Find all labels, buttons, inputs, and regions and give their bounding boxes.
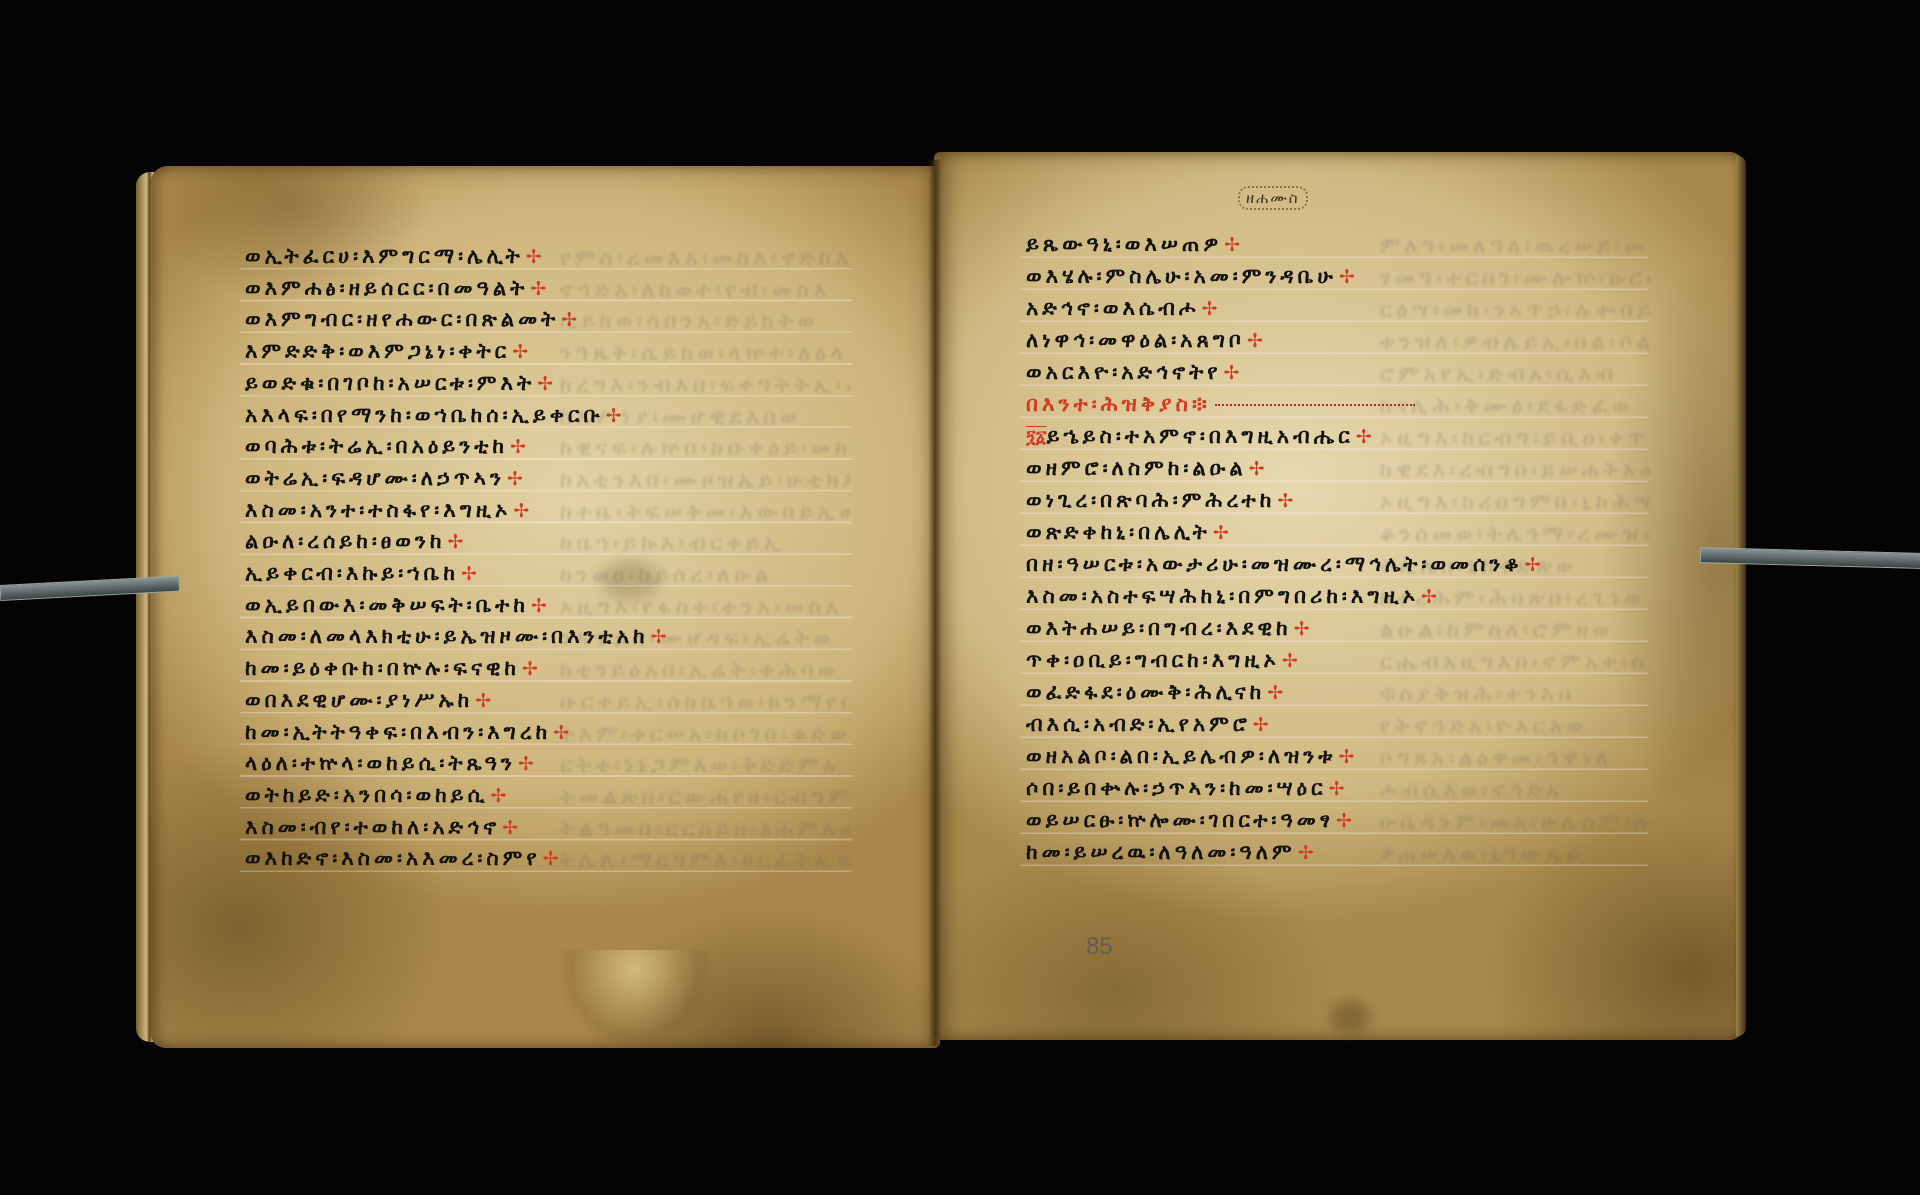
line-text: ብእሲ፡አብድ፡ኢየአምሮ <box>1026 712 1251 736</box>
verse-cross-icon: ✢ <box>1267 682 1283 704</box>
bleedthrough-text: ኖኅድአ፡ለከወተ፡የብ፡መስእ <box>560 278 850 303</box>
right-text-line: ወእሄሉ፡ምስሌሁ፡አመ፡ምንዳቤሁ✢ <box>1026 266 1355 287</box>
line-text: ጥቀ፡ዐቢይ፡ግብርከ፡እግዚኦ <box>1026 648 1280 672</box>
right-text-line: ከመ፡ይሠረዉ፡ለዓለመ፡ዓለም✢ <box>1026 842 1314 863</box>
verse-cross-icon: ✢ <box>1253 714 1269 736</box>
manuscript-photo: የምስ፡ረመእአ፡መስእ፡ኖድከእወኖኅድአ፡ለከወተ፡የብ፡መስእሲይከወ፡ሳ… <box>0 0 1920 1195</box>
left-text-line: ወእከድኖ፡እስመ፡አእመረ፡ስምየ✢ <box>245 848 559 869</box>
bleedthrough-text: ልዑል፡ከምስለ፡ሮምዘወ <box>1380 618 1650 643</box>
right-text-line: ወአርእዮ፡አድኅኖትየ✢ <box>1026 362 1239 383</box>
left-text-line: ወትሬኢ፡ፍዳሆሙ፡ለኃጥኣን✢ <box>245 468 523 489</box>
verse-cross-icon: ✢ <box>1356 426 1372 448</box>
verse-cross-icon: ✢ <box>1277 490 1293 512</box>
verse-cross-icon: ✢ <box>1294 618 1310 640</box>
right-text-line: ወዘምሮ፡ለስምከ፡ልዑል✢ <box>1026 458 1265 479</box>
verse-cross-icon: ✢ <box>510 436 526 458</box>
book-gutter <box>928 160 942 1046</box>
line-text: ወነጊረ፡በጽባሕ፡ምሕረተከ <box>1026 488 1275 512</box>
line-text: አእላፍ፡በየማንከ፡ወኀቤከሰ፡ኢይቀርቡ <box>245 403 604 427</box>
verse-cross-icon: ✢ <box>1224 234 1240 256</box>
verse-cross-icon: ✢ <box>526 246 542 268</box>
bleedthrough-text: ርሔብአዚግእበ፡ኖምአተ፡ስይኄይ <box>1380 650 1650 675</box>
bleedthrough-text: ቆንሰመወ፡ትሌኅማ፡ረሙዝመ፡ሁሪታውአ፡ቱርሠዓ፡ዘበ <box>1380 522 1650 547</box>
right-text-line: ሶበ፡ይበቍሉ፡ኃጥኣን፡ከመ፡ሣዕር✢ <box>1026 778 1345 799</box>
dotted-filler <box>1215 404 1415 406</box>
line-text: ይጼውዓኒ፡ወእሠጠዎ <box>1026 232 1222 256</box>
rubric-title-line: በእንተ፡ሕዝቅያስ፨ <box>1026 394 1415 415</box>
line-text: ወዘአልቦ፡ልበ፡ኢይሌብዎ፡ለዝንቱ <box>1026 744 1336 768</box>
left-text-line: እስመ፡ለመላእክቲሁ፡ይኤዝዞሙ፡በእንቲአከ✢ <box>245 626 667 647</box>
bleedthrough-text: ከተቤ፡ትፍሠቅመ፡እውበይኢወ <box>560 500 850 525</box>
bleedthrough-text: ቦግጸአ፡ልዕዋመ፡ኅዋነለ <box>1380 746 1650 771</box>
left-text-line: ከመ፡ኢትትዓቀፍ፡በእብን፡እግረከ✢ <box>245 722 569 743</box>
verse-cross-icon: ✢ <box>518 753 534 775</box>
left-text-line: አእላፍ፡በየማንከ፡ወኀቤከሰ፡ኢይቀርቡ✢ <box>245 405 622 426</box>
right-text-line: ብእሲ፡አብድ፡ኢየአምሮ✢ <box>1026 714 1269 735</box>
bleedthrough-text: ኦዚግእ፡ከሪበግምበ፡ኒከሕሣፍተስአ፡መስእ <box>1380 490 1650 515</box>
bleedthrough-text: ትልዓመበ፡ርርሰይዘ፡ፅሐምእወ <box>560 817 850 842</box>
line-text: ከመ፡ኢትትዓቀፍ፡በእብን፡እግረከ <box>245 720 551 744</box>
bleedthrough-text: ፨ስያቅዝሕ፡ተንእበ <box>1380 682 1650 707</box>
line-text: ይኄይስ፡ተአምኖ፡በእግዚአብሔር <box>1047 424 1354 448</box>
right-text-line: አድኅኖ፡ወእሴብሖ✢ <box>1026 298 1217 319</box>
right-text-line: ለነዋኅ፡መዋዕል፡አጸግቦ✢ <box>1026 330 1263 351</box>
line-text: ወኢትፈርሀ፡እምግርማ፡ሌሊት <box>245 244 524 268</box>
right-text-line: ወይሠርፁ፡ኵሎሙ፡ገበርተ፡ዓመፃ✢ <box>1026 810 1352 831</box>
line-text: ወእከድኖ፡እስመ፡አእመረ፡ስምየ <box>245 846 541 870</box>
bleedthrough-text: ሖብሴእወ፡ኖኅድአ <box>1380 778 1650 803</box>
running-header: ዘሐሙስ <box>1238 186 1308 210</box>
line-text: ወባሕቱ፡ትሬኢ፡በአዕይንቲከ <box>245 434 508 458</box>
line-text: እስመ፡አስተፍሣሕከኒ፡በምግበሪከ፡እግዚኦ <box>1026 584 1419 608</box>
stain <box>1330 1000 1370 1034</box>
bleedthrough-text: ቱንዝለ፡ዎብሌይኢ፡በል፡ቦልአዘወ <box>1380 330 1650 355</box>
verse-cross-icon: ✢ <box>1298 842 1314 864</box>
bleedthrough-text: ከንወፀ፡ከይሰረ፡ለዑል <box>560 563 850 588</box>
right-text-line: ጥቀ፡ዐቢይ፡ግብርከ፡እግዚኦ✢ <box>1026 650 1298 671</box>
line-text: ወጽድቀከኒ፡በሌሊት <box>1026 520 1211 544</box>
left-text-line: ወእምግብር፡ዘየሐውር፡በጽልመት✢ <box>245 309 577 330</box>
left-text-line: እስመ፡ብየ፡ተወከለ፡አድኅኖ✢ <box>245 817 518 838</box>
bleedthrough-text: ከአቲንእበ፡ሙዞዝኤይ፡ሁቲክእላመለ፡መስእ <box>560 468 850 493</box>
left-text-line: እምድድቅ፡ወእምጋኔነ፡ቀትር✢ <box>245 341 528 362</box>
line-text: ወበእደዊሆሙ፡ያነሥኡከ <box>245 688 473 712</box>
verse-cross-icon: ✢ <box>1282 650 1298 672</box>
verse-cross-icon: ✢ <box>553 722 569 744</box>
line-text: ወዘምሮ፡ለስምከ፡ልዑል <box>1026 456 1247 480</box>
verse-cross-icon: ✢ <box>1213 522 1229 544</box>
verse-cross-icon: ✢ <box>606 405 622 427</box>
left-text-line: ልዑለ፡ረሰይከ፡ፀወንከ✢ <box>245 531 463 552</box>
verse-cross-icon: ✢ <box>1421 586 1437 608</box>
bleedthrough-text: የትኖኅድአ፡ዮእርአወ <box>1380 714 1650 739</box>
bleedthrough-text: ትእም፡ቱርሠአ፡ከቦገበ፡ቁድወይ <box>560 722 850 747</box>
bleedthrough-text: ከዊናፍ፡ሉኵበ፡ከቡቀዕይ፡መከ <box>560 436 850 461</box>
line-text: በእንተ፡ሕዝቅያስ፨ <box>1026 392 1211 416</box>
bleedthrough-text: ከዊደእ፡ረብግበ፡ይሠሐትእወ <box>1380 458 1650 483</box>
verse-cross-icon: ✢ <box>530 278 546 300</box>
line-text: ወእሄሉ፡ምስሌሁ፡አመ፡ምንዳቤሁ <box>1026 264 1337 288</box>
right-text-line: ወነጊረ፡በጽባሕ፡ምሕረተከ✢ <box>1026 490 1293 511</box>
bleedthrough-text: ሲይከወ፡ሳበንአ፡ድይከትወ <box>560 309 850 334</box>
bleedthrough-text: ዎጠሠእወ፡ኒዓውጼይ <box>1380 842 1650 867</box>
verse-cross-icon: ✢ <box>561 309 577 331</box>
bleedthrough-text: ከቲንይዕአበ፡ኢሬት፡ቱሕባወ <box>560 658 850 683</box>
verse-cross-icon: ✢ <box>543 848 559 870</box>
left-text-line: ኢይቀርብ፡እኩይ፡ኀቤከ✢ <box>245 563 477 584</box>
bleedthrough-text: ኦዚግእ፡ከርብግ፡ይቢዐ፡ቀጥ <box>1380 426 1650 451</box>
line-text: ወእትሐሠይ፡በግብረ፡እደዊከ <box>1026 616 1292 640</box>
line-text: ኢይቀርብ፡እኩይ፡ኀቤከ <box>245 561 459 585</box>
bleedthrough-text: ምለዓ፡መለዓለ፡ዉረሠይ፡መከ <box>1380 234 1650 259</box>
bleedthrough-text: ንዓጼት፡ሲይከወ፡ላኵተ፡ለዕላ <box>560 341 850 366</box>
verse-cross-icon: ✢ <box>522 658 538 680</box>
psalm-number: ፺፩ <box>1026 427 1047 448</box>
verse-cross-icon: ✢ <box>1336 810 1352 832</box>
left-text-line: ወኢትፈርሀ፡እምግርማ፡ሌሊት✢ <box>245 246 542 267</box>
line-text: እስመ፡ለመላእክቲሁ፡ይኤዝዞሙ፡በእንቲአከ <box>245 624 649 648</box>
line-text: እስመ፡አንተ፡ተስፋየ፡እግዚኦ <box>245 498 511 522</box>
verse-cross-icon: ✢ <box>512 341 528 363</box>
bleedthrough-text: ሁቤዳንም፡መአ፡ሁሌስም፡ሉሄእወ <box>1380 810 1650 835</box>
verse-cross-icon: ✢ <box>1329 778 1345 800</box>
bleedthrough-text: ርዕሣ፡መከ፡ንኣጥኃ፡ሉቍበይ፡በሶ <box>1380 298 1650 323</box>
right-text-line: በዘ፡ዓሠርቱ፡አውታሪሁ፡መዝሙረ፡ማኅሌት፡ወመሰንቆ✢ <box>1026 554 1541 575</box>
page-crease <box>560 950 710 1048</box>
left-text-line: ወባሕቱ፡ትሬኢ፡በአዕይንቲከ✢ <box>245 436 526 457</box>
right-text-line: ይጼውዓኒ፡ወእሠጠዎ✢ <box>1026 234 1240 255</box>
bleedthrough-text: የምስ፡ረመእአ፡መስእ፡ኖድከእወ <box>560 246 850 271</box>
verse-cross-icon: ✢ <box>651 626 667 648</box>
bleedthrough-text: ኦዚግእ፡የፋስተ፡ተንአ፡መስእ <box>560 595 850 620</box>
line-text: ወአርእዮ፡አድኅኖትየ <box>1026 360 1222 384</box>
right-text-line: ወእትሐሠይ፡በግብረ፡እደዊከ✢ <box>1026 618 1309 639</box>
verse-cross-icon: ✢ <box>513 500 529 522</box>
line-text: ለነዋኅ፡መዋዕል፡አጸግቦ <box>1026 328 1245 352</box>
bleedthrough-text: ከቤኀ፡ይኩእ፡ብርቀይኢ <box>560 531 850 556</box>
verse-cross-icon: ✢ <box>475 690 491 712</box>
bleedthrough-text: ፃመዓ፡ተርበገ፡ሙሎኵ፡ፁርሠይወ <box>1380 266 1650 291</box>
verse-cross-icon: ✢ <box>531 595 547 617</box>
right-text-line: ወፈድፋደ፡ዕሙቅ፡ሕሊናከ✢ <box>1026 682 1283 703</box>
right-text-line: ወጽድቀከኒ፡በሌሊት✢ <box>1026 522 1229 543</box>
verse-cross-icon: ✢ <box>1247 330 1263 352</box>
line-text: ወይሠርፁ፡ኵሎሙ፡ገበርተ፡ዓመፃ <box>1026 808 1334 832</box>
verse-cross-icon: ✢ <box>1224 362 1240 384</box>
verse-cross-icon: ✢ <box>507 468 523 490</box>
left-text-line: ወትከይድ፡አንበሳ፡ወከይሲ✢ <box>245 785 506 806</box>
bleedthrough-text: ርትቀ፡ነኔጋምእወ፡ቅድድምእ <box>560 753 850 778</box>
line-text: እምድድቅ፡ወእምጋኔነ፡ቀትር <box>245 339 510 363</box>
bleedthrough-text: ትሊሌ፡ማርግምእ፡ሀርፈትኢወ <box>560 848 850 873</box>
verse-cross-icon: ✢ <box>537 373 553 395</box>
right-page-fore-edge <box>1736 156 1746 1036</box>
line-text: ወኢይበውእ፡መቅሠፍት፡ቤተከ <box>245 593 529 617</box>
bleedthrough-text: ከረግእ፡ንብእበ፡ፍቀዓትትኢ፡መከ <box>560 373 850 398</box>
bleedthrough-text: ቡርቀይኢ፡ሰከቤኀወ፡ከንማየበ፡ፍላእአ <box>560 690 850 715</box>
right-text-line: እስመ፡አስተፍሣሕከኒ፡በምግበሪከ፡እግዚኦ✢ <box>1026 586 1437 607</box>
bleedthrough-text: ሮምአየኢ፡ድብአ፡ሲእብ <box>1380 362 1650 387</box>
line-text: በዘ፡ዓሠርቱ፡አውታሪሁ፡መዝሙረ፡ማኅሌት፡ወመሰንቆ <box>1026 552 1523 576</box>
line-text: ወትከይድ፡አንበሳ፡ወከይሲ <box>245 783 488 807</box>
line-text: ይወድቁ፡በገቦከ፡አሠርቱ፡ምእት <box>245 371 535 395</box>
line-text: ወትሬኢ፡ፍዳሆሙ፡ለኃጥኣን <box>245 466 505 490</box>
line-text: ልዑለ፡ረሰይከ፡ፀወንከ <box>245 529 445 553</box>
left-text-line: እስመ፡አንተ፡ተስፋየ፡እግዚኦ✢ <box>245 500 529 521</box>
verse-cross-icon: ✢ <box>502 817 518 839</box>
verse-cross-icon: ✢ <box>1338 746 1354 768</box>
verse-cross-icon: ✢ <box>1525 554 1541 576</box>
left-text-line: ወበእደዊሆሙ፡ያነሥኡከ✢ <box>245 690 491 711</box>
right-text-line: ፺፩ይኄይስ፡ተአምኖ፡በእግዚአብሔር✢ <box>1026 426 1372 447</box>
left-text-line: ላዕለ፡ተኵላ፡ወከይሲ፡ትጼዓን✢ <box>245 753 534 774</box>
line-text: አድኅኖ፡ወእሴብሖ <box>1026 296 1200 320</box>
verse-cross-icon: ✢ <box>447 531 463 553</box>
verse-cross-icon: ✢ <box>1202 298 1218 320</box>
bleedthrough-text: ከናሊሕ፡ቅሙዕ፡ደፋድፈወ <box>1380 394 1650 419</box>
line-text: ወእምግብር፡ዘየሐውር፡በጽልመት <box>245 307 559 331</box>
line-text: ወፈድፋደ፡ዕሙቅ፡ሕሊናከ <box>1026 680 1265 704</box>
line-text: ወእምሐፅ፡ዘይሰርር፡በመዓልት <box>245 276 528 300</box>
left-text-line: ወእምሐፅ፡ዘይሰርር፡በመዓልት✢ <box>245 278 546 299</box>
line-text: ሶበ፡ይበቍሉ፡ኃጥኣን፡ከመ፡ሣዕር <box>1026 776 1327 800</box>
left-text-line: ከመ፡ይዕቀቡከ፡በኵሉ፡ፍናዊከ✢ <box>245 658 538 679</box>
left-text-line: ይወድቁ፡በገቦከ፡አሠርቱ፡ምእት✢ <box>245 373 553 394</box>
verse-cross-icon: ✢ <box>490 785 506 807</box>
line-text: ከመ፡ይዕቀቡከ፡በኵሉ፡ፍናዊከ <box>245 656 520 680</box>
verse-cross-icon: ✢ <box>1339 266 1355 288</box>
verse-cross-icon: ✢ <box>461 563 477 585</box>
bleedthrough-text: ትመልጽበ፡ርውሐየዘ፡ርብግምእወ <box>560 785 850 810</box>
line-text: ከመ፡ይሠረዉ፡ለዓለመ፡ዓለም <box>1026 840 1296 864</box>
verse-cross-icon: ✢ <box>1249 458 1265 480</box>
line-text: እስመ፡ብየ፡ተወከለ፡አድኅኖ <box>245 815 500 839</box>
left-text-line: ወኢይበውእ፡መቅሠፍት፡ቤተከ✢ <box>245 595 547 616</box>
folio-number: 85 <box>1086 933 1113 961</box>
line-text: ላዕለ፡ተኵላ፡ወከይሲ፡ትጼዓን <box>245 751 516 775</box>
right-text-line: ወዘአልቦ፡ልበ፡ኢይሌብዎ፡ለዝንቱ✢ <box>1026 746 1354 767</box>
